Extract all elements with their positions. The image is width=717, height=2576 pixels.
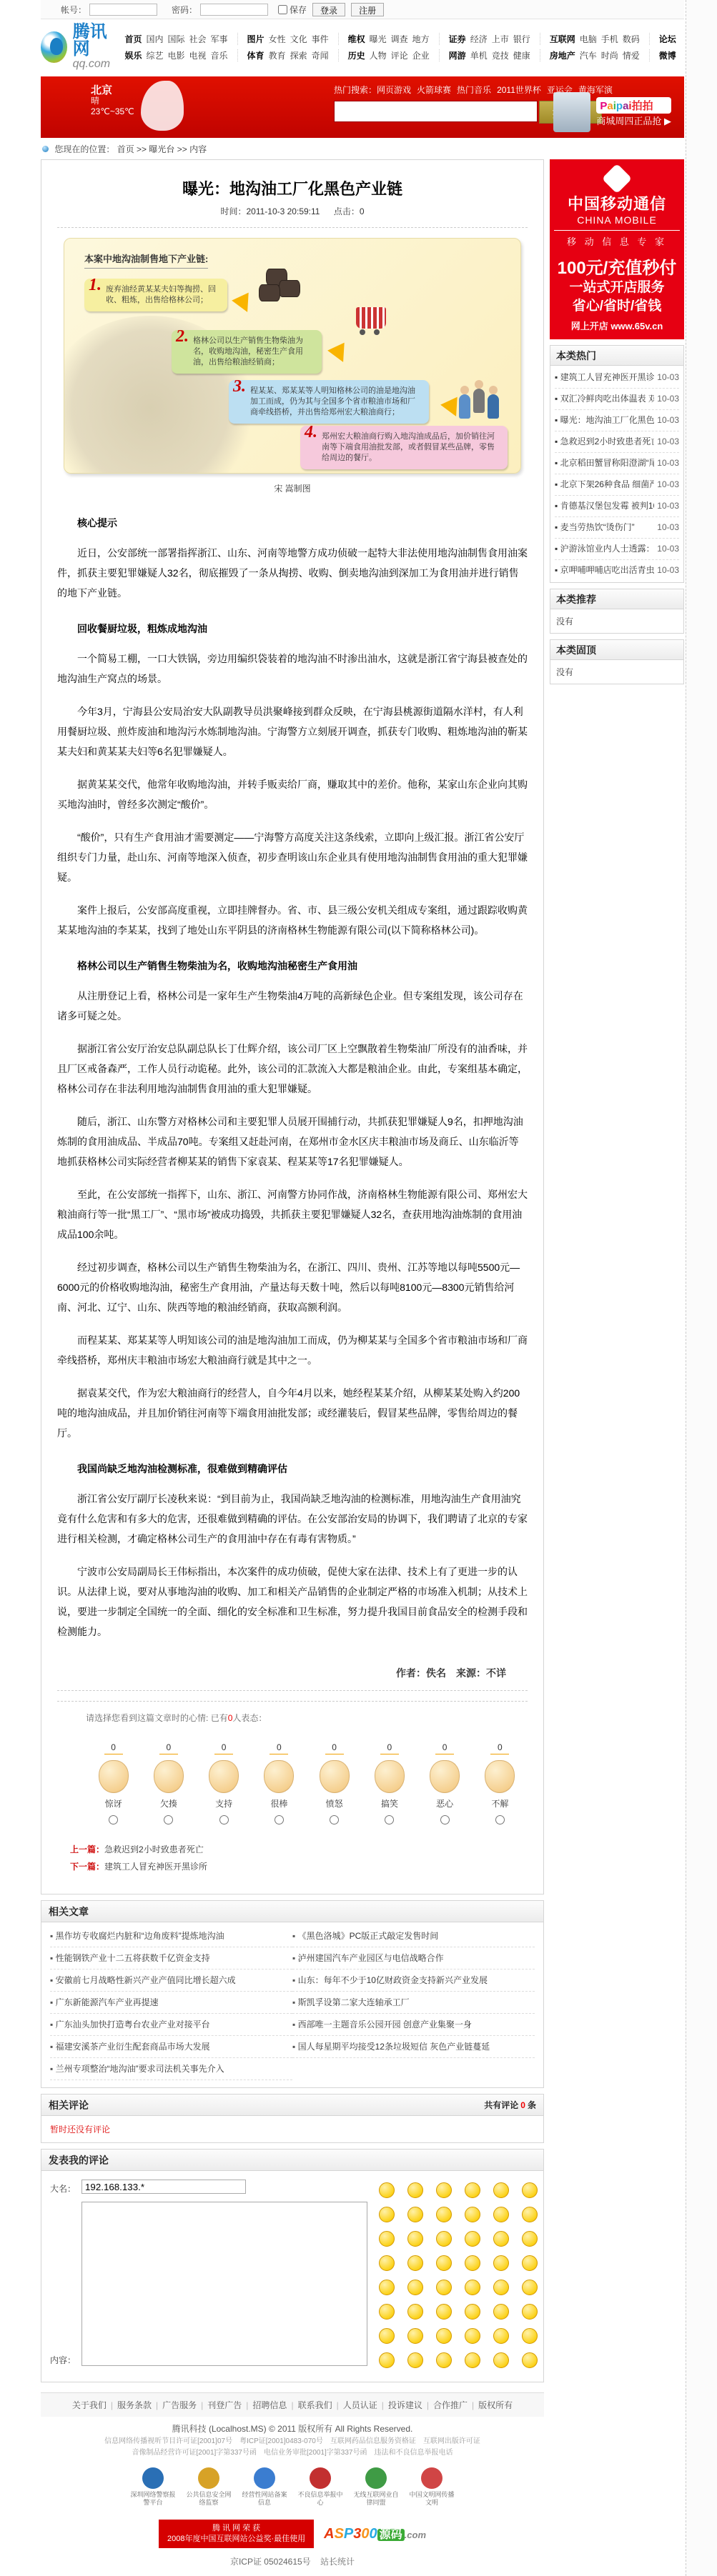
next-article[interactable]: 下一篇：建筑工人冒充神医开黑诊所 <box>70 1858 528 1875</box>
step-number: 1. <box>89 280 102 291</box>
emotion-count: 0 <box>214 1742 233 1754</box>
related-title: 相关文章 <box>49 1901 89 1922</box>
emotion-icon-不解 <box>485 1760 515 1793</box>
content-label: 内容： <box>50 2351 81 2366</box>
nav-link-奇闻[interactable]: 奇闻 <box>312 51 329 61</box>
related-article-link[interactable]: 广东新能源汽车产业再提速 <box>50 1992 292 2014</box>
hot-keyword-link[interactable]: 2011世界杯 <box>497 85 541 95</box>
prev-article-link[interactable]: 急救迟到2小时致患者死亡 <box>104 1844 204 1854</box>
nav-link-银行[interactable]: 银行 <box>513 34 530 44</box>
nav-group-证券: 证券经济上市银行 <box>439 33 540 45</box>
footer-link-投诉建议[interactable]: 投诉建议 <box>388 2400 422 2410</box>
smiley-icon[interactable] <box>493 2328 509 2344</box>
nav-group-首页: 首页国内国际社会军事 <box>115 33 237 45</box>
hot-box-title: 本类热门 <box>550 346 683 366</box>
article-paragraph: 据袁某交代，作为宏大粮油商行的经营人，自今年4月以来，她经程某某介绍，从柳某某处… <box>57 1383 528 1443</box>
next-label: 下一篇： <box>70 1862 104 1872</box>
smiley-icon[interactable] <box>493 2231 509 2247</box>
badge-label: 经营性网站备案信息 <box>242 2491 287 2507</box>
shopping-cart-icon <box>356 307 386 329</box>
emotion-radio-很棒[interactable] <box>275 1815 284 1824</box>
emotion-label: 很棒 <box>252 1797 307 1809</box>
qq-logo-icon <box>41 31 67 63</box>
footer-badge[interactable]: 不良信息举报中心 <box>297 2467 343 2507</box>
emotion-radio-愤怒[interactable] <box>330 1815 339 1824</box>
nav-link-人物[interactable]: 人物 <box>370 51 387 61</box>
smiley-icon[interactable] <box>379 2255 395 2271</box>
nav-link-调查[interactable]: 调查 <box>391 34 408 44</box>
footer-link-separator: | <box>246 2400 248 2410</box>
weather-temp: 23℃~35℃ <box>91 106 134 117</box>
ad-line: 省心/省时/省钱 <box>554 297 680 316</box>
article-hits: 点击：0 <box>334 206 365 216</box>
nav-link-教育[interactable]: 教育 <box>269 51 286 61</box>
footer-links: 关于我们|服务条款|广告服务|刊登广告|招聘信息|联系我们|人员认证|投诉建议|… <box>41 2392 544 2417</box>
hot-item-date: 10-03 <box>657 453 679 474</box>
smiley-icon[interactable] <box>493 2207 509 2222</box>
badge-label: 公共信息安全网络监察 <box>186 2491 232 2507</box>
footer-link-联系我们[interactable]: 联系我们 <box>298 2400 332 2410</box>
smiley-icon[interactable] <box>465 2328 480 2344</box>
smiley-icon[interactable] <box>436 2255 452 2271</box>
hot-list-item[interactable]: 北京下架26种食品 细菌严重超标10-03 <box>555 474 679 496</box>
nav-link-探索[interactable]: 探索 <box>290 51 307 61</box>
nav-link-社会[interactable]: 社会 <box>189 34 207 44</box>
smiley-icon[interactable] <box>379 2352 395 2368</box>
password-label: 密码： <box>172 4 197 16</box>
footer-link-刊登广告[interactable]: 刊登广告 <box>207 2400 242 2410</box>
footer-link-separator: | <box>427 2400 429 2410</box>
nav-link-图片[interactable]: 图片 <box>247 34 264 44</box>
nav-link-综艺[interactable]: 综艺 <box>146 51 163 61</box>
smiley-icon[interactable] <box>379 2304 395 2320</box>
nav-link-论坛[interactable]: 论坛 <box>659 34 676 44</box>
hot-list-item[interactable]: 京呷哺呷哺店吃出活青虫10-03 <box>555 560 679 581</box>
nav-link-首页[interactable]: 首页 <box>124 34 142 44</box>
nav-link-曝光[interactable]: 曝光 <box>370 34 387 44</box>
badge-icon <box>310 2467 331 2489</box>
nav-link-单机[interactable]: 单机 <box>470 51 488 61</box>
emotion-愤怒: 0愤怒 <box>307 1742 362 1827</box>
related-article-link[interactable]: 《黑色洛城》PC版正式敲定发售时间 <box>292 1925 535 1947</box>
emotion-icon-支持 <box>209 1760 239 1793</box>
hot-item-date: 10-03 <box>657 539 679 559</box>
infographic-step-4: 4.郑州宏大粮油商行购入地沟油成品后，加价销往河南等下端食用油批发部，或者假冒某… <box>300 426 508 469</box>
infographic-title: 本案中地沟油制售地下产业链: <box>84 251 208 269</box>
smiley-icon[interactable] <box>465 2304 480 2320</box>
nav-row-2: 娱乐综艺电影电视音乐体育教育探索奇闻历史人物评论企业网游单机竞技健康房地产汽车时… <box>115 49 685 61</box>
commenter-name-input[interactable] <box>81 2180 246 2194</box>
nav-link-互联网[interactable]: 互联网 <box>550 34 575 44</box>
footer-link-separator: | <box>111 2400 113 2410</box>
smiley-icon[interactable] <box>465 2231 480 2247</box>
comments-total: 共有评论0条 <box>484 2095 536 2115</box>
related-article-link[interactable]: 国人每星期平均接受12条垃圾短信 灰色产业链蔓延 <box>292 2036 535 2058</box>
hot-list-item[interactable]: 麦当劳热饮“烫伤门”10-03 <box>555 517 679 539</box>
smiley-icon[interactable] <box>436 2280 452 2295</box>
comment-form-box: 发表我的评论 大名： 内容： <box>41 2149 544 2382</box>
hot-item-title[interactable]: 急救迟到2小时致患者死亡 <box>555 431 654 452</box>
breadcrumb-separator: >> <box>174 144 189 154</box>
section-heading: 格林公司以生产销售生物柴油为名，收购地沟油秘密生产食用油 <box>57 959 528 973</box>
hot-list-item[interactable]: 北京稻田蟹冒称阳澄湖“尾货蟹”10-03 <box>555 453 679 474</box>
smiley-icon[interactable] <box>522 2280 538 2295</box>
footer-link-separator: | <box>291 2400 293 2410</box>
rabbit-papercut-icon <box>141 81 184 131</box>
smiley-icon[interactable] <box>407 2182 423 2198</box>
nav-link-国际[interactable]: 国际 <box>168 34 185 44</box>
emotion-label: 不解 <box>473 1797 528 1809</box>
emotion-恶心: 0恶心 <box>417 1742 473 1827</box>
pinned-box-title: 本类固顶 <box>550 640 683 660</box>
nav-link-军事[interactable]: 军事 <box>211 34 228 44</box>
hot-search-label: 热门搜索： <box>334 85 377 95</box>
hot-list-item[interactable]: 双汇冷鲜肉吃出体温表 双汇称根本不可能10-03 <box>555 389 679 410</box>
article-paragraph: 案件上报后，公安部高度重视，立即挂牌督办。省、市、县三级公安机关组成专案组，通过… <box>57 900 528 940</box>
smiley-icon[interactable] <box>465 2182 480 2198</box>
account-input[interactable] <box>89 4 157 16</box>
smiley-icon[interactable] <box>436 2231 452 2247</box>
recommend-box: 本类推荐 没有 <box>550 589 684 634</box>
footer-link-版权所有[interactable]: 版权所有 <box>478 2400 513 2410</box>
section-heading: 核心提示 <box>57 516 528 530</box>
step-text: 格林公司以生产销售生物柴油为名，收购地沟油，秘密生产食用油，出售给粮油经销商； <box>193 336 303 366</box>
hot-item-title[interactable]: 建筑工人冒充神医开黑诊所 <box>555 367 654 388</box>
recommend-box-title: 本类推荐 <box>550 589 683 609</box>
china-mobile-logo-icon <box>602 164 632 194</box>
article-paragraph: 宁波市公安局副局长王伟标指出，本次案件的成功侦破，促使大家在法律、技术上有了更进… <box>57 1562 528 1642</box>
comment-content-textarea[interactable] <box>81 2202 367 2366</box>
hot-list-item[interactable]: 沪游泳馆业内人士透露：泳池不换水靠药剂维10-03 <box>555 539 679 560</box>
smiley-icon[interactable] <box>493 2182 509 2198</box>
license-line: 音像制品经营许可证[2001]字第337号函 电信业务审批[2001]字第337… <box>41 2447 544 2459</box>
smiley-icon[interactable] <box>407 2207 423 2222</box>
nav-link-时尚[interactable]: 时尚 <box>601 51 618 61</box>
login-button[interactable]: 登录 <box>312 3 345 16</box>
nav-link-体育[interactable]: 体育 <box>247 51 264 61</box>
hot-item-title[interactable]: 肯德基汉堡包发霉 被判10倍赔偿 <box>555 496 654 516</box>
nav-link-娱乐[interactable]: 娱乐 <box>124 51 142 61</box>
nav-link-电影[interactable]: 电影 <box>168 51 185 61</box>
smiley-icon[interactable] <box>407 2328 423 2344</box>
footer-link-广告服务[interactable]: 广告服务 <box>162 2400 197 2410</box>
password-input[interactable] <box>200 4 268 16</box>
footer-link-关于我们[interactable]: 关于我们 <box>72 2400 107 2410</box>
emotion-radio-搞笑[interactable] <box>385 1815 394 1824</box>
footer-badge[interactable]: 深圳网络警察报警平台 <box>130 2467 176 2507</box>
site-header: 腾讯网 qq.com 首页国内国际社会军事图片女性文化事件维权曝光调查地方证券经… <box>41 19 684 76</box>
footer-link-separator: | <box>382 2400 384 2410</box>
hot-item-title[interactable]: 曝光：地沟油工厂化黑色产业链 <box>555 410 654 431</box>
smiley-icon[interactable] <box>522 2255 538 2271</box>
section-heading: 我国尚缺乏地沟油检测标准，很难做到精确评估 <box>57 1462 528 1476</box>
related-article-link[interactable]: 西部唯一主题音乐公园开园 创意产业集聚一身 <box>292 2014 535 2036</box>
nav-link-经济[interactable]: 经济 <box>470 34 488 44</box>
related-article-link[interactable]: 泸州建国汽车产业园区与电信战略合作 <box>292 1947 535 1970</box>
paipai-ad[interactable]: Paipai拍拍 商城周四正品抢 ▶ <box>553 92 671 132</box>
smiley-icon[interactable] <box>407 2255 423 2271</box>
emotion-count: 0 <box>270 1742 288 1754</box>
page-footer: 关于我们|服务条款|广告服务|刊登广告|招聘信息|联系我们|人员认证|投诉建议|… <box>41 2392 544 2576</box>
article-paragraph: 据黄某某交代，他常年收购地沟油，并转手贩卖给厂商，赚取其中的差价。他称，某家山东… <box>57 774 528 814</box>
article-infographic: 本案中地沟油制售地下产业链: 1.废弃油经黄某某夫妇等掏捞、回收、粗炼，出售给格… <box>64 238 521 474</box>
smiley-icon[interactable] <box>436 2352 452 2368</box>
emotion-radio-支持[interactable] <box>219 1815 229 1824</box>
nav-link-健康[interactable]: 健康 <box>513 51 530 61</box>
nav-link-女性[interactable]: 女性 <box>269 34 286 44</box>
prev-article[interactable]: 上一篇：急救迟到2小时致患者死亡 <box>70 1841 528 1858</box>
nav-link-数码[interactable]: 数码 <box>623 34 640 44</box>
ad-line: 中国移动通信 <box>554 192 680 214</box>
nav-link-电视[interactable]: 电视 <box>189 51 207 61</box>
paipai-promo-text[interactable]: 商城周四正品抢 ▶ <box>596 114 671 127</box>
oil-barrel-icon <box>279 280 300 297</box>
smiley-icon[interactable] <box>522 2207 538 2222</box>
smiley-icon[interactable] <box>522 2182 538 2198</box>
nav-group-维权: 维权曝光调查地方 <box>338 33 439 45</box>
smiley-icon[interactable] <box>379 2207 395 2222</box>
nav-link-竞技[interactable]: 竞技 <box>492 51 509 61</box>
article-paragraph: 据浙江省公安厅治安总队副总队长丁仕辉介绍，该公司厂区上空飘散着生物柴油厂所没有的… <box>57 1039 528 1099</box>
author-line: 作者：佚名 来源：不详 <box>57 1654 528 1687</box>
copyright-text: 腾讯科技 (Localhost.MS) © 2011 版权所有 All Righ… <box>41 2417 544 2436</box>
ad-line: 移 动 信 息 专 家 <box>554 234 680 248</box>
smiley-icon[interactable] <box>522 2231 538 2247</box>
related-article-link[interactable]: 广东汕头加快打造粤台农业产业对接平台 <box>50 2014 292 2036</box>
hot-item-title[interactable]: 麦当劳热饮“烫伤门” <box>555 517 654 538</box>
nav-link-上市[interactable]: 上市 <box>492 34 509 44</box>
footer-link-人员认证[interactable]: 人员认证 <box>343 2400 377 2410</box>
nav-link-事件[interactable]: 事件 <box>312 34 329 44</box>
hot-item-date: 10-03 <box>657 474 679 495</box>
badge-icon <box>421 2467 442 2489</box>
smiley-icon[interactable] <box>522 2352 538 2368</box>
badge-icon <box>198 2467 219 2489</box>
article-paragraph: 随后，浙江、山东警方对格林公司和主要犯罪人员展开围捕行动，共抓获犯罪嫌疑人9名，… <box>57 1112 528 1172</box>
nav-link-房地产[interactable]: 房地产 <box>550 51 575 61</box>
nav-group-图片: 图片女性文化事件 <box>237 33 338 45</box>
save-checkbox[interactable] <box>278 5 287 14</box>
pinned-box: 本类固顶 没有 <box>550 639 684 684</box>
related-article-link[interactable]: 性能钢铁产业十二五将获数千亿资金支持 <box>50 1947 292 1970</box>
emotion-icon-恶心 <box>430 1760 460 1793</box>
related-article-link[interactable]: 斯凯孚设第二家大连轴承工厂 <box>292 1992 535 2014</box>
ad-line: 100元/充值秒付 <box>554 254 680 279</box>
comment-form-title: 发表我的评论 <box>49 2150 109 2170</box>
next-article-link[interactable]: 建筑工人冒充神医开黑诊所 <box>104 1862 207 1872</box>
mood-section: 请选择您看到这篇文章时的心情: 已有0人表态： 0惊讶0欠揍0支持0很棒0愤怒0… <box>57 1701 528 1831</box>
site-stats-link[interactable]: 站长统计 <box>320 2557 355 2567</box>
article-paragraph: 浙江省公安厅副厅长凌秋来说：“到目前为止，我国尚缺乏地沟油的检测标准，用地沟油生… <box>57 1489 528 1549</box>
emotion-icon-很棒 <box>264 1760 294 1793</box>
china-mobile-ad[interactable]: 中国移动通信 CHINA MOBILE 移 动 信 息 专 家 100元/充值秒… <box>550 159 684 339</box>
icp-number: 京ICP证 05024615号 <box>230 2557 311 2567</box>
badge-label: 无线互联网业自律同盟 <box>353 2491 399 2507</box>
section-heading: 回收餐厨垃圾，粗炼成地沟油 <box>57 621 528 636</box>
site-logo[interactable]: 腾讯网 qq.com <box>41 24 115 71</box>
nav-link-网游[interactable]: 网游 <box>449 51 466 61</box>
smiley-icon[interactable] <box>465 2207 480 2222</box>
footer-link-separator: | <box>156 2400 158 2410</box>
smiley-icon[interactable] <box>465 2255 480 2271</box>
article-paragraph: 而程某某、郑某某等人明知该公司的油是地沟油加工而成，仍为柳某某与全国多个省市粮油… <box>57 1330 528 1370</box>
hot-list-item[interactable]: 建筑工人冒充神医开黑诊所10-03 <box>555 367 679 389</box>
ad-line: 一站式开店服务 <box>554 279 680 297</box>
nav-link-历史[interactable]: 历史 <box>348 51 365 61</box>
smiley-icon[interactable] <box>407 2352 423 2368</box>
article-time: 时间：2011-10-3 20:59:11 <box>220 206 320 216</box>
smiley-icon[interactable] <box>465 2352 480 2368</box>
nav-link-证券[interactable]: 证券 <box>449 34 466 44</box>
promo-banner: 北京 晴 23℃~35℃ 热门搜索：网页游戏火箭球赛热门音乐2011世界杯亚运会… <box>41 76 684 138</box>
search-input[interactable] <box>334 101 538 122</box>
smiley-icon[interactable] <box>436 2182 452 2198</box>
emotion-radio-不解[interactable] <box>495 1815 505 1824</box>
footer-link-separator: | <box>201 2400 203 2410</box>
register-button[interactable]: 注册 <box>351 3 384 16</box>
account-label: 帐号： <box>61 4 86 16</box>
emotion-count: 0 <box>104 1742 123 1754</box>
nav-link-企业[interactable]: 企业 <box>412 51 430 61</box>
emotion-count: 0 <box>490 1742 509 1754</box>
emotion-很棒: 0很棒 <box>252 1742 307 1827</box>
smiley-icon[interactable] <box>493 2280 509 2295</box>
hot-item-title[interactable]: 双汇冷鲜肉吃出体温表 双汇称根本不可能 <box>555 389 654 409</box>
emotion-icon-搞笑 <box>375 1760 405 1793</box>
flow-arrow-icon <box>232 293 256 316</box>
nav-group-房地产: 房地产汽车时尚情爱 <box>540 49 649 61</box>
recommend-empty-text: 没有 <box>550 609 683 633</box>
hot-list-item[interactable]: 肯德基汉堡包发霉 被判10倍赔偿10-03 <box>555 496 679 517</box>
hot-item-title[interactable]: 京呷哺呷哺店吃出活青虫 <box>555 560 654 581</box>
name-label: 大名： <box>50 2180 81 2195</box>
smiley-icon[interactable] <box>493 2352 509 2368</box>
article-title: 曝光：地沟油工厂化黑色产业链 <box>57 167 528 205</box>
hot-keyword-link[interactable]: 网页游戏 <box>377 85 411 95</box>
nav-link-情爱[interactable]: 情爱 <box>623 51 640 61</box>
smiley-icon[interactable] <box>493 2304 509 2320</box>
footer-link-合作推广[interactable]: 合作推广 <box>433 2400 468 2410</box>
hot-item-date: 10-03 <box>657 560 679 581</box>
breadcrumb-link-内容[interactable]: 内容 <box>189 144 207 154</box>
emotion-radio-惊讶[interactable] <box>109 1815 118 1824</box>
emotion-label: 愤怒 <box>307 1797 362 1809</box>
emotion-count: 0 <box>159 1742 178 1754</box>
related-article-link[interactable]: 山东：每年不少于10亿财政资金支持新兴产业发展 <box>292 1970 535 1992</box>
breadcrumb-separator: >> <box>134 144 149 154</box>
footer-badge[interactable]: 公共信息安全网络监察 <box>186 2467 232 2507</box>
ad-link[interactable]: 网上开店 www.65v.cn <box>554 319 680 332</box>
step-text: 废弃油经黄某某夫妇等掏捞、回收、粗炼，出售给格林公司； <box>106 285 216 304</box>
hot-item-date: 10-03 <box>657 367 679 388</box>
hot-item-date: 10-03 <box>657 431 679 452</box>
nav-link-汽车[interactable]: 汽车 <box>580 51 597 61</box>
hot-list-item[interactable]: 曝光：地沟油工厂化黑色产业链10-03 <box>555 410 679 431</box>
breadcrumb-link-曝光台[interactable]: 曝光台 <box>149 144 174 154</box>
smiley-icon[interactable] <box>436 2207 452 2222</box>
emotion-radio-恶心[interactable] <box>440 1815 450 1824</box>
nav-link-地方[interactable]: 地方 <box>412 34 430 44</box>
smiley-icon[interactable] <box>379 2182 395 2198</box>
article-paragraph: 至此，在公安部统一指挥下，山东、浙江、河南警方协同作战，济南格林生物能源有限公司… <box>57 1184 528 1244</box>
nav-link-评论[interactable]: 评论 <box>391 51 408 61</box>
badge-label: 深圳网络警察报警平台 <box>130 2491 176 2507</box>
footer-link-招聘信息[interactable]: 招聘信息 <box>252 2400 287 2410</box>
hot-item-date: 10-03 <box>657 517 679 538</box>
infographic-step-2: 2.格林公司以生产销售生物柴油为名，收购地沟油，秘密生产食用油，出售给粮油经销商… <box>172 330 322 374</box>
nav-link-国内[interactable]: 国内 <box>146 34 163 44</box>
footer-link-服务条款[interactable]: 服务条款 <box>117 2400 152 2410</box>
main-nav: 首页国内国际社会军事图片女性文化事件维权曝光调查地方证券经济上市银行互联网电脑手… <box>115 33 685 61</box>
emotion-icon-愤怒 <box>320 1760 350 1793</box>
smiley-icon[interactable] <box>407 2304 423 2320</box>
emotion-radio-欠揍[interactable] <box>164 1815 173 1824</box>
emotion-count: 0 <box>325 1742 344 1754</box>
emotion-count: 0 <box>435 1742 454 1754</box>
related-article-link[interactable]: 福建安溪茶产业衍生配套商品市场大发展 <box>50 2036 292 2058</box>
weather-condition: 晴 <box>91 96 134 106</box>
badge-icon <box>142 2467 164 2489</box>
infographic-step-3: 3.程某某、郑某某等人明知格林公司的油是地沟油加工而成，仍为其与全国多个省市粮油… <box>229 380 429 424</box>
related-article-link[interactable]: 兰州专项整治“地沟油”要求司法机关事先介入 <box>50 2058 292 2080</box>
hot-list-item[interactable]: 急救迟到2小时致患者死亡10-03 <box>555 431 679 453</box>
comments-title: 相关评论 <box>49 2095 89 2115</box>
smiley-icon[interactable] <box>465 2280 480 2295</box>
related-article-link[interactable]: 安徽前七月战略性新兴产业产值同比增长超六成 <box>50 1970 292 1992</box>
smiley-icon[interactable] <box>379 2328 395 2344</box>
emotion-icon-惊讶 <box>99 1760 129 1793</box>
footer-badge[interactable]: 无线互联网业自律同盟 <box>353 2467 399 2507</box>
asp300-logo[interactable]: ASP300源码.com <box>324 2525 426 2542</box>
infographic-step-1: 1.废弃油经黄某某夫妇等掏捞、回收、粗炼，出售给格林公司； <box>84 279 227 311</box>
article-paragraph: 一个简易工棚，一口大铁锅，旁边用编织袋装着的地沟油不时渗出油水，这就是浙江省宁海… <box>57 649 528 689</box>
smiley-icon[interactable] <box>407 2280 423 2295</box>
hot-item-title[interactable]: 沪游泳馆业内人士透露：泳池不换水靠药剂维 <box>555 539 654 559</box>
nav-link-维权[interactable]: 维权 <box>348 34 365 44</box>
nav-link-手机[interactable]: 手机 <box>601 34 618 44</box>
related-article-link[interactable]: 黑作坊专收腐烂内脏和“边角废料”提炼地沟油 <box>50 1925 292 1947</box>
smiley-icon[interactable] <box>407 2231 423 2247</box>
badge-icon <box>254 2467 275 2489</box>
smiley-icon[interactable] <box>493 2255 509 2271</box>
hot-keyword-link[interactable]: 热门音乐 <box>457 85 491 95</box>
nav-link-文化[interactable]: 文化 <box>290 34 307 44</box>
smiley-icon[interactable] <box>436 2304 452 2320</box>
nav-link-微博[interactable]: 微博 <box>659 51 676 61</box>
comments-empty-text: 暂时还没有评论 <box>41 2116 543 2142</box>
smiley-icon[interactable] <box>379 2231 395 2247</box>
nav-group-历史: 历史人物评论企业 <box>338 49 439 61</box>
nav-row-1: 首页国内国际社会军事图片女性文化事件维权曝光调查地方证券经济上市银行互联网电脑手… <box>115 33 685 45</box>
nav-link-音乐[interactable]: 音乐 <box>211 51 228 61</box>
nav-link-电脑[interactable]: 电脑 <box>580 34 597 44</box>
smiley-icon[interactable] <box>522 2328 538 2344</box>
smiley-icon[interactable] <box>379 2280 395 2295</box>
footer-badge[interactable]: 中国文明网传播文明 <box>409 2467 455 2507</box>
smiley-icon[interactable] <box>436 2328 452 2344</box>
people-icons <box>459 386 505 419</box>
breadcrumb-link-首页[interactable]: 首页 <box>117 144 134 154</box>
badge-label: 中国文明网传播文明 <box>409 2491 455 2507</box>
emotion-label: 欠揍 <box>141 1797 196 1809</box>
hot-item-title[interactable]: 北京下架26种食品 细菌严重超标 <box>555 474 654 495</box>
breadcrumb-bullet-icon <box>42 146 49 152</box>
hot-item-title[interactable]: 北京稻田蟹冒称阳澄湖“尾货蟹” <box>555 453 654 474</box>
footer-badge[interactable]: 经营性网站备案信息 <box>242 2467 287 2507</box>
image-caption: 宋 嵩制图 <box>57 475 528 497</box>
hot-keyword-link[interactable]: 火箭球赛 <box>417 85 451 95</box>
smiley-icon[interactable] <box>522 2304 538 2320</box>
